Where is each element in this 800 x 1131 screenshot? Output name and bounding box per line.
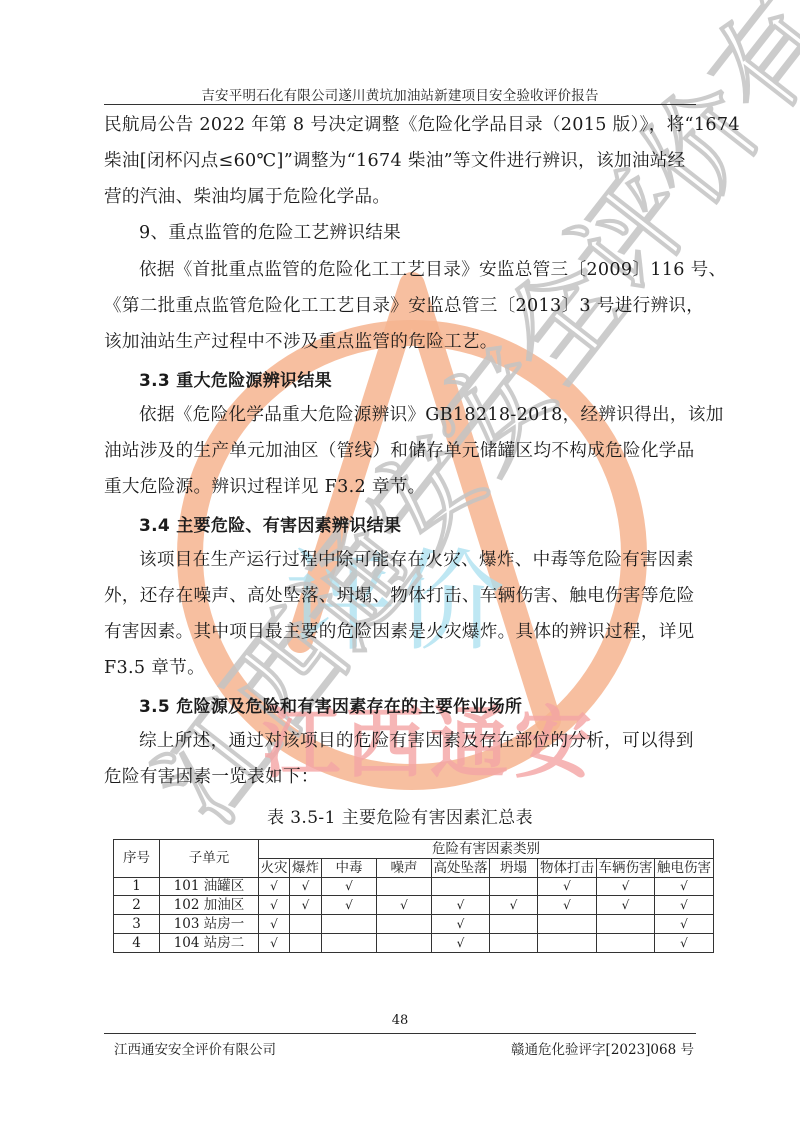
cell-check: √ xyxy=(377,896,432,915)
cell-subunit: 104 站房二 xyxy=(160,933,259,952)
cell-check xyxy=(490,877,538,896)
cell-check: √ xyxy=(322,896,377,915)
hazard-summary-table: 序号 子单元 危险有害因素类别 火灾 爆炸 中毒 噪声 高处坠落 坍塌 物体打击… xyxy=(113,839,714,953)
cell-check xyxy=(377,915,432,934)
text-line: 油站涉及的生产单元加油区（管线）和储存单元储罐区均不构成危险化学品 xyxy=(104,437,695,462)
header-factor: 中毒 xyxy=(322,858,377,877)
header-rule xyxy=(104,104,696,105)
table-row: 2 102 加油区 √ √ √ √ √ √ √ √ √ xyxy=(114,896,714,915)
cell-check xyxy=(490,933,538,952)
header-factor: 车辆伤害 xyxy=(597,858,655,877)
table-caption: 表 3.5-1 主要危险有害因素汇总表 xyxy=(0,803,800,828)
text-line: F3.5 章节。 xyxy=(104,654,205,679)
text-line: 外，还存在噪声、高处坠落、坍塌、物体打击、车辆伤害、触电伤害等危险 xyxy=(104,582,695,607)
cell-seq: 3 xyxy=(114,915,160,934)
cell-check xyxy=(290,915,322,934)
text-line: 营的汽油、柴油均属于危险化学品。 xyxy=(104,183,390,208)
footer-company: 江西通安安全评价有限公司 xyxy=(114,1038,276,1058)
section-heading-3-3: 3.3 重大危险源辨识结果 xyxy=(139,366,332,391)
table-row: 3 103 站房一 √ √ √ xyxy=(114,915,714,934)
cell-check xyxy=(597,915,655,934)
text-line: 该加油站生产过程中不涉及重点监管的危险工艺。 xyxy=(104,328,498,353)
cell-check: √ xyxy=(432,915,490,934)
cell-check xyxy=(322,915,377,934)
cell-seq: 2 xyxy=(114,896,160,915)
cell-seq: 4 xyxy=(114,933,160,952)
cell-check xyxy=(377,877,432,896)
text-line: 综上所述，通过对该项目的危险有害因素及存在部位的分析，可以得到 xyxy=(139,727,694,752)
cell-check: √ xyxy=(655,877,714,896)
text-line: 依据《危险化学品重大危险源辨识》GB18218-2018，经辨识得出，该加 xyxy=(139,401,724,426)
cell-check: √ xyxy=(259,896,290,915)
text-line: 《第二批重点监管危险化工工艺目录》安监总管三〔2013〕3 号进行辨识， xyxy=(104,292,704,317)
running-header: 吉安平明石化有限公司遂川黄坑加油站新建项目安全验收评价报告 xyxy=(104,84,696,104)
section-heading-3-4: 3.4 主要危险、有害因素辨识结果 xyxy=(139,511,401,536)
cell-check xyxy=(322,933,377,952)
cell-check xyxy=(290,933,322,952)
cell-check: √ xyxy=(597,896,655,915)
text-line: 该项目在生产运行过程中除可能存在火灾、爆炸、中毒等危险有害因素 xyxy=(139,546,694,571)
cell-check: √ xyxy=(432,896,490,915)
cell-seq: 1 xyxy=(114,877,160,896)
cell-check: √ xyxy=(655,915,714,934)
footer-rule xyxy=(104,1033,696,1034)
cell-check: √ xyxy=(432,933,490,952)
section-heading-3-5: 3.5 危险源及危险和有害因素存在的主要作业场所 xyxy=(139,692,522,717)
header-factor: 物体打击 xyxy=(538,858,597,877)
cell-check xyxy=(490,915,538,934)
cell-check: √ xyxy=(290,877,322,896)
header-seq: 序号 xyxy=(114,840,160,878)
page-number: 48 xyxy=(0,1013,800,1028)
header-factor: 触电伤害 xyxy=(655,858,714,877)
cell-check xyxy=(377,933,432,952)
cell-check: √ xyxy=(655,933,714,952)
text-line: 危险有害因素一览表如下： xyxy=(104,763,319,788)
document-page: 评价 江西通安安全评价有限公司 江西通安 吉安平明石化有限公司遂川黄坑加油站新建… xyxy=(0,0,800,1131)
cell-check: √ xyxy=(259,915,290,934)
cell-subunit: 101 油罐区 xyxy=(160,877,259,896)
cell-subunit: 103 站房一 xyxy=(160,915,259,934)
item-9-title: 9、重点监管的危险工艺辨识结果 xyxy=(139,219,401,244)
text-line: 有害因素。其中项目最主要的危险因素是火灾爆炸。具体的辨识过程，详见 xyxy=(104,618,695,643)
cell-check: √ xyxy=(322,877,377,896)
header-factor: 坍塌 xyxy=(490,858,538,877)
text-line: 柴油[闭杯闪点≤60℃]”调整为“1674 柴油”等文件进行辨识，该加油站经 xyxy=(104,147,686,172)
table-row: 4 104 站房二 √ √ √ xyxy=(114,933,714,952)
text-line: 重大危险源。辨识过程详见 F3.2 章节。 xyxy=(104,473,426,498)
cell-check: √ xyxy=(490,896,538,915)
cell-check: √ xyxy=(259,933,290,952)
header-subunit: 子单元 xyxy=(160,840,259,878)
cell-subunit: 102 加油区 xyxy=(160,896,259,915)
text-line: 民航局公告 2022 年第 8 号决定调整《危险化学品目录（2015 版）》，将… xyxy=(104,111,740,136)
header-factor: 爆炸 xyxy=(290,858,322,877)
cell-check: √ xyxy=(290,896,322,915)
header-factor: 噪声 xyxy=(377,858,432,877)
cell-check: √ xyxy=(259,877,290,896)
cell-check: √ xyxy=(538,877,597,896)
cell-check: √ xyxy=(655,896,714,915)
cell-check: √ xyxy=(597,877,655,896)
cell-check xyxy=(432,877,490,896)
header-factor-group: 危险有害因素类别 xyxy=(259,840,714,859)
cell-check xyxy=(597,933,655,952)
footer-doc-number: 赣通危化验评字[2023]068 号 xyxy=(511,1038,694,1058)
cell-check: √ xyxy=(538,896,597,915)
table-row: 1 101 油罐区 √ √ √ √ √ √ xyxy=(114,877,714,896)
header-factor: 火灾 xyxy=(259,858,290,877)
text-line: 依据《首批重点监管的危险化工工艺目录》安监总管三〔2009〕116 号、 xyxy=(139,256,726,281)
header-factor: 高处坠落 xyxy=(432,858,490,877)
cell-check xyxy=(538,915,597,934)
cell-check xyxy=(538,933,597,952)
